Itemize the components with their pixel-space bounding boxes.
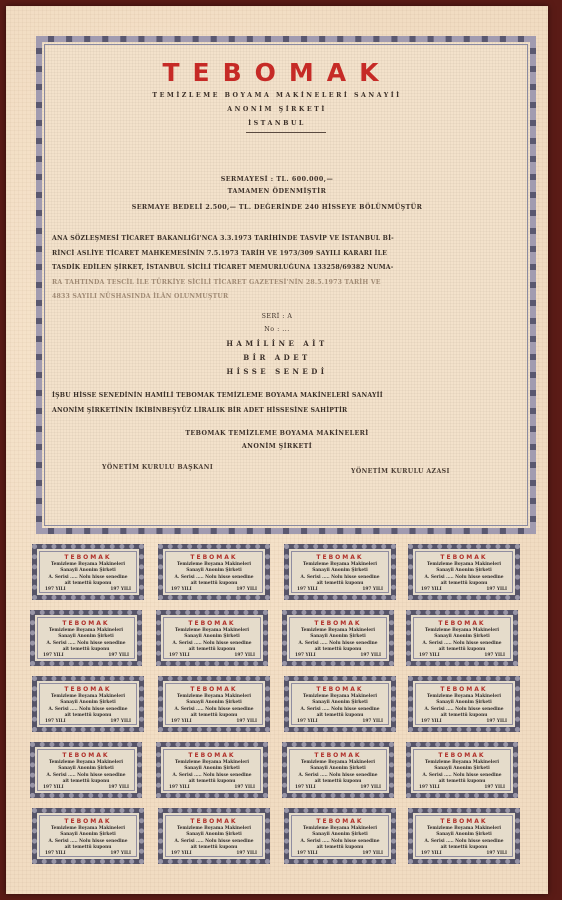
coupon-years: 197 YILI 197 YILI xyxy=(37,719,139,725)
coupon-title: TEBOMAK xyxy=(37,554,139,562)
coupon-title: TEBOMAK xyxy=(289,554,391,562)
coupon-year-left: 197 YILI xyxy=(421,587,442,593)
coupon-line: A. Serisi ..... Nolu hisse senedine xyxy=(289,707,391,713)
coupon-year-left: 197 YILI xyxy=(43,785,64,791)
dividend-coupon: TEBOMAK Temizleme Boyama Makineleri Sana… xyxy=(158,808,270,864)
coupon-year-right: 197 YILI xyxy=(486,719,507,725)
signature-member: YÖNETİM KURULU AZASI xyxy=(351,468,450,475)
coupon-year-left: 197 YILI xyxy=(171,851,192,857)
coupon-year-right: 197 YILI xyxy=(362,851,383,857)
coupon-title: TEBOMAK xyxy=(37,686,139,694)
coupon-title: TEBOMAK xyxy=(411,620,513,628)
issuer-line-2: ANONİM ŞİRKETİ xyxy=(6,443,548,450)
dividend-coupon: TEBOMAK Temizleme Boyama Makineleri Sana… xyxy=(408,676,520,732)
coupon-line: A. Serisi ..... Nolu hisse senedine xyxy=(163,839,265,845)
coupon-title: TEBOMAK xyxy=(163,554,265,562)
coupon-title: TEBOMAK xyxy=(161,620,263,628)
coupon-year-right: 197 YILI xyxy=(108,653,129,659)
coupon-year-right: 197 YILI xyxy=(110,851,131,857)
registration-line: RA TAHTINDA TESCİL İLE TÜRKİYE SİCİLİ Tİ… xyxy=(52,276,472,291)
coupon-year-left: 197 YILI xyxy=(45,851,66,857)
coupon-line: A. Serisi ..... Nolu hisse senedine xyxy=(163,707,265,713)
dividend-coupon: TEBOMAK Temizleme Boyama Makineleri Sana… xyxy=(406,610,518,666)
coupon-title: TEBOMAK xyxy=(163,818,265,826)
coupon-years: 197 YILI 197 YILI xyxy=(161,653,263,659)
coupon-years: 197 YILI 197 YILI xyxy=(163,851,265,857)
coupon-year-left: 197 YILI xyxy=(297,719,318,725)
capital-line: SERMAYESİ : TL. 600.000,— xyxy=(6,176,548,183)
coupon-year-right: 197 YILI xyxy=(108,785,129,791)
coupon-line: A. Serisi ..... Nolu hisse senedine xyxy=(413,839,515,845)
coupon-year-right: 197 YILI xyxy=(360,653,381,659)
coupon-line: A. Serisi ..... Nolu hisse senedine xyxy=(413,575,515,581)
coupon-line: A. Serisi ..... Nolu hisse senedine xyxy=(411,641,513,647)
coupon-years: 197 YILI 197 YILI xyxy=(35,653,137,659)
registration-text: ANA SÖZLEŞMESİ TİCARET BAKANLIĞI'NCA 3.3… xyxy=(52,232,472,305)
coupon-year-left: 197 YILI xyxy=(421,851,442,857)
coupon-year-right: 197 YILI xyxy=(234,785,255,791)
coupon-year-right: 197 YILI xyxy=(486,587,507,593)
coupon-year-left: 197 YILI xyxy=(169,653,190,659)
coupon-years: 197 YILI 197 YILI xyxy=(287,653,389,659)
coupon-title: TEBOMAK xyxy=(37,818,139,826)
dividend-coupon: TEBOMAK Temizleme Boyama Makineleri Sana… xyxy=(32,544,144,600)
coupon-line: A. Serisi ..... Nolu hisse senedine xyxy=(287,641,389,647)
coupon-year-left: 197 YILI xyxy=(295,785,316,791)
coupon-title: TEBOMAK xyxy=(287,752,389,760)
holder-line: İŞBU HİSSE SENEDİNİN HAMİLİ TEBOMAK TEMİ… xyxy=(52,389,472,404)
holder-line: ANONİM ŞİRKETİNİN İKİBİNBEŞYÜZ LİRALIK B… xyxy=(52,404,472,419)
series-label: SERİ : A xyxy=(6,313,548,320)
coupon-year-right: 197 YILI xyxy=(236,719,257,725)
coupon-year-right: 197 YILI xyxy=(484,785,505,791)
dividend-coupon: TEBOMAK Temizleme Boyama Makineleri Sana… xyxy=(156,610,268,666)
dividend-coupon: TEBOMAK Temizleme Boyama Makineleri Sana… xyxy=(32,676,144,732)
coupon-title: TEBOMAK xyxy=(35,620,137,628)
dividend-coupon: TEBOMAK Temizleme Boyama Makineleri Sana… xyxy=(282,610,394,666)
coupon-years: 197 YILI 197 YILI xyxy=(35,785,137,791)
coupon-line: A. Serisi ..... Nolu hisse senedine xyxy=(411,773,513,779)
coupon-title: TEBOMAK xyxy=(413,686,515,694)
coupon-year-left: 197 YILI xyxy=(169,785,190,791)
coupon-years: 197 YILI 197 YILI xyxy=(163,587,265,593)
coupon-line: A. Serisi ..... Nolu hisse senedine xyxy=(35,641,137,647)
signature-chairman: YÖNETİM KURULU BAŞKANI xyxy=(102,464,213,471)
coupon-year-right: 197 YILI xyxy=(234,653,255,659)
coupon-line: A. Serisi ..... Nolu hisse senedine xyxy=(287,773,389,779)
coupon-title: TEBOMAK xyxy=(289,686,391,694)
coupon-line: A. Serisi ..... Nolu hisse senedine xyxy=(37,707,139,713)
coupon-title: TEBOMAK xyxy=(289,818,391,826)
coupon-year-right: 197 YILI xyxy=(236,851,257,857)
coupon-year-left: 197 YILI xyxy=(295,653,316,659)
coupon-years: 197 YILI 197 YILI xyxy=(163,719,265,725)
coupon-line: A. Serisi ..... Nolu hisse senedine xyxy=(37,839,139,845)
coupon-line: A. Serisi ..... Nolu hisse senedine xyxy=(35,773,137,779)
dividend-coupon: TEBOMAK Temizleme Boyama Makineleri Sana… xyxy=(32,808,144,864)
coupon-year-right: 197 YILI xyxy=(110,587,131,593)
coupon-year-left: 197 YILI xyxy=(421,719,442,725)
dividend-coupon: TEBOMAK Temizleme Boyama Makineleri Sana… xyxy=(30,742,142,798)
coupon-year-left: 197 YILI xyxy=(419,785,440,791)
coupon-years: 197 YILI 197 YILI xyxy=(413,851,515,857)
coupon-line: A. Serisi ..... Nolu hisse senedine xyxy=(289,575,391,581)
coupon-years: 197 YILI 197 YILI xyxy=(287,785,389,791)
number-label: No : ... xyxy=(6,326,548,333)
coupon-years: 197 YILI 197 YILI xyxy=(289,719,391,725)
dividend-coupon: TEBOMAK Temizleme Boyama Makineleri Sana… xyxy=(282,742,394,798)
dividend-coupon: TEBOMAK Temizleme Boyama Makineleri Sana… xyxy=(158,544,270,600)
dividend-coupon: TEBOMAK Temizleme Boyama Makineleri Sana… xyxy=(406,742,518,798)
coupon-years: 197 YILI 197 YILI xyxy=(411,653,513,659)
company-title: TEBOMAK xyxy=(6,58,548,87)
share-certificate: TEBOMAK TEMİZLEME BOYAMA MAKİNELERİ SANA… xyxy=(6,6,548,894)
coupon-year-right: 197 YILI xyxy=(360,785,381,791)
divider xyxy=(246,132,326,133)
coupon-year-left: 197 YILI xyxy=(43,653,64,659)
company-full-name: TEMİZLEME BOYAMA MAKİNELERİ SANAYİİ xyxy=(6,92,548,99)
bearer-line-3: HİSSE SENEDİ xyxy=(6,367,548,376)
dividend-coupon: TEBOMAK Temizleme Boyama Makineleri Sana… xyxy=(284,676,396,732)
coupon-years: 197 YILI 197 YILI xyxy=(289,587,391,593)
dividend-coupon: TEBOMAK Temizleme Boyama Makineleri Sana… xyxy=(284,544,396,600)
coupon-line: A. Serisi ..... Nolu hisse senedine xyxy=(161,773,263,779)
shares-line: SERMAYE BEDELİ 2.500,— TL. DEĞERİNDE 240… xyxy=(6,204,548,211)
coupon-year-left: 197 YILI xyxy=(171,719,192,725)
coupon-title: TEBOMAK xyxy=(161,752,263,760)
dividend-coupon: TEBOMAK Temizleme Boyama Makineleri Sana… xyxy=(158,676,270,732)
coupon-year-right: 197 YILI xyxy=(484,653,505,659)
coupon-title: TEBOMAK xyxy=(163,686,265,694)
coupon-year-left: 197 YILI xyxy=(45,587,66,593)
dividend-coupon: TEBOMAK Temizleme Boyama Makineleri Sana… xyxy=(156,742,268,798)
bearer-line-1: HAMİLİNE AİT xyxy=(6,339,548,348)
coupon-year-left: 197 YILI xyxy=(171,587,192,593)
registration-line: ANA SÖZLEŞMESİ TİCARET BAKANLIĞI'NCA 3.3… xyxy=(52,232,472,247)
coupon-year-left: 197 YILI xyxy=(297,851,318,857)
coupon-title: TEBOMAK xyxy=(411,752,513,760)
holder-text: İŞBU HİSSE SENEDİNİN HAMİLİ TEBOMAK TEMİ… xyxy=(52,389,472,418)
coupon-year-right: 197 YILI xyxy=(236,587,257,593)
registration-line: RİNCİ ASLİYE TİCARET MAHKEMESİNİN 7.5.19… xyxy=(52,247,472,262)
paid-line: TAMAMEN ÖDENMİŞTİR xyxy=(6,188,548,195)
coupon-title: TEBOMAK xyxy=(413,818,515,826)
coupon-title: TEBOMAK xyxy=(35,752,137,760)
coupon-line: A. Serisi ..... Nolu hisse senedine xyxy=(161,641,263,647)
dividend-coupon: TEBOMAK Temizleme Boyama Makineleri Sana… xyxy=(408,808,520,864)
dividend-coupon: TEBOMAK Temizleme Boyama Makineleri Sana… xyxy=(284,808,396,864)
coupon-line: A. Serisi ..... Nolu hisse senedine xyxy=(163,575,265,581)
coupon-years: 197 YILI 197 YILI xyxy=(37,587,139,593)
coupon-line: A. Serisi ..... Nolu hisse senedine xyxy=(413,707,515,713)
coupon-title: TEBOMAK xyxy=(413,554,515,562)
coupon-year-right: 197 YILI xyxy=(110,719,131,725)
coupon-year-right: 197 YILI xyxy=(362,587,383,593)
registration-line: 4833 SAYILI NÜSHASINDA İLÂN OLUNMUŞTUR xyxy=(52,290,472,305)
coupon-years: 197 YILI 197 YILI xyxy=(37,851,139,857)
coupon-year-left: 197 YILI xyxy=(297,587,318,593)
issuer-line-1: TEBOMAK TEMİZLEME BOYAMA MAKİNELERİ xyxy=(6,430,548,437)
coupon-year-left: 197 YILI xyxy=(45,719,66,725)
company-type: ANONİM ŞİRKETİ xyxy=(6,106,548,113)
dividend-coupon: TEBOMAK Temizleme Boyama Makineleri Sana… xyxy=(30,610,142,666)
coupon-years: 197 YILI 197 YILI xyxy=(413,719,515,725)
coupon-years: 197 YILI 197 YILI xyxy=(289,851,391,857)
coupon-line: A. Serisi ..... Nolu hisse senedine xyxy=(289,839,391,845)
coupon-year-right: 197 YILI xyxy=(362,719,383,725)
coupon-year-right: 197 YILI xyxy=(486,851,507,857)
coupon-line: A. Serisi ..... Nolu hisse senedine xyxy=(37,575,139,581)
registration-line: TASDİK EDİLEN ŞİRKET, İSTANBUL SİCİLİ Tİ… xyxy=(52,261,472,276)
company-city: İSTANBUL xyxy=(6,120,548,127)
bearer-line-2: BİR ADET xyxy=(6,353,548,362)
coupon-title: TEBOMAK xyxy=(287,620,389,628)
coupon-years: 197 YILI 197 YILI xyxy=(413,587,515,593)
dividend-coupon: TEBOMAK Temizleme Boyama Makineleri Sana… xyxy=(408,544,520,600)
coupon-year-left: 197 YILI xyxy=(419,653,440,659)
coupon-years: 197 YILI 197 YILI xyxy=(161,785,263,791)
coupon-years: 197 YILI 197 YILI xyxy=(411,785,513,791)
